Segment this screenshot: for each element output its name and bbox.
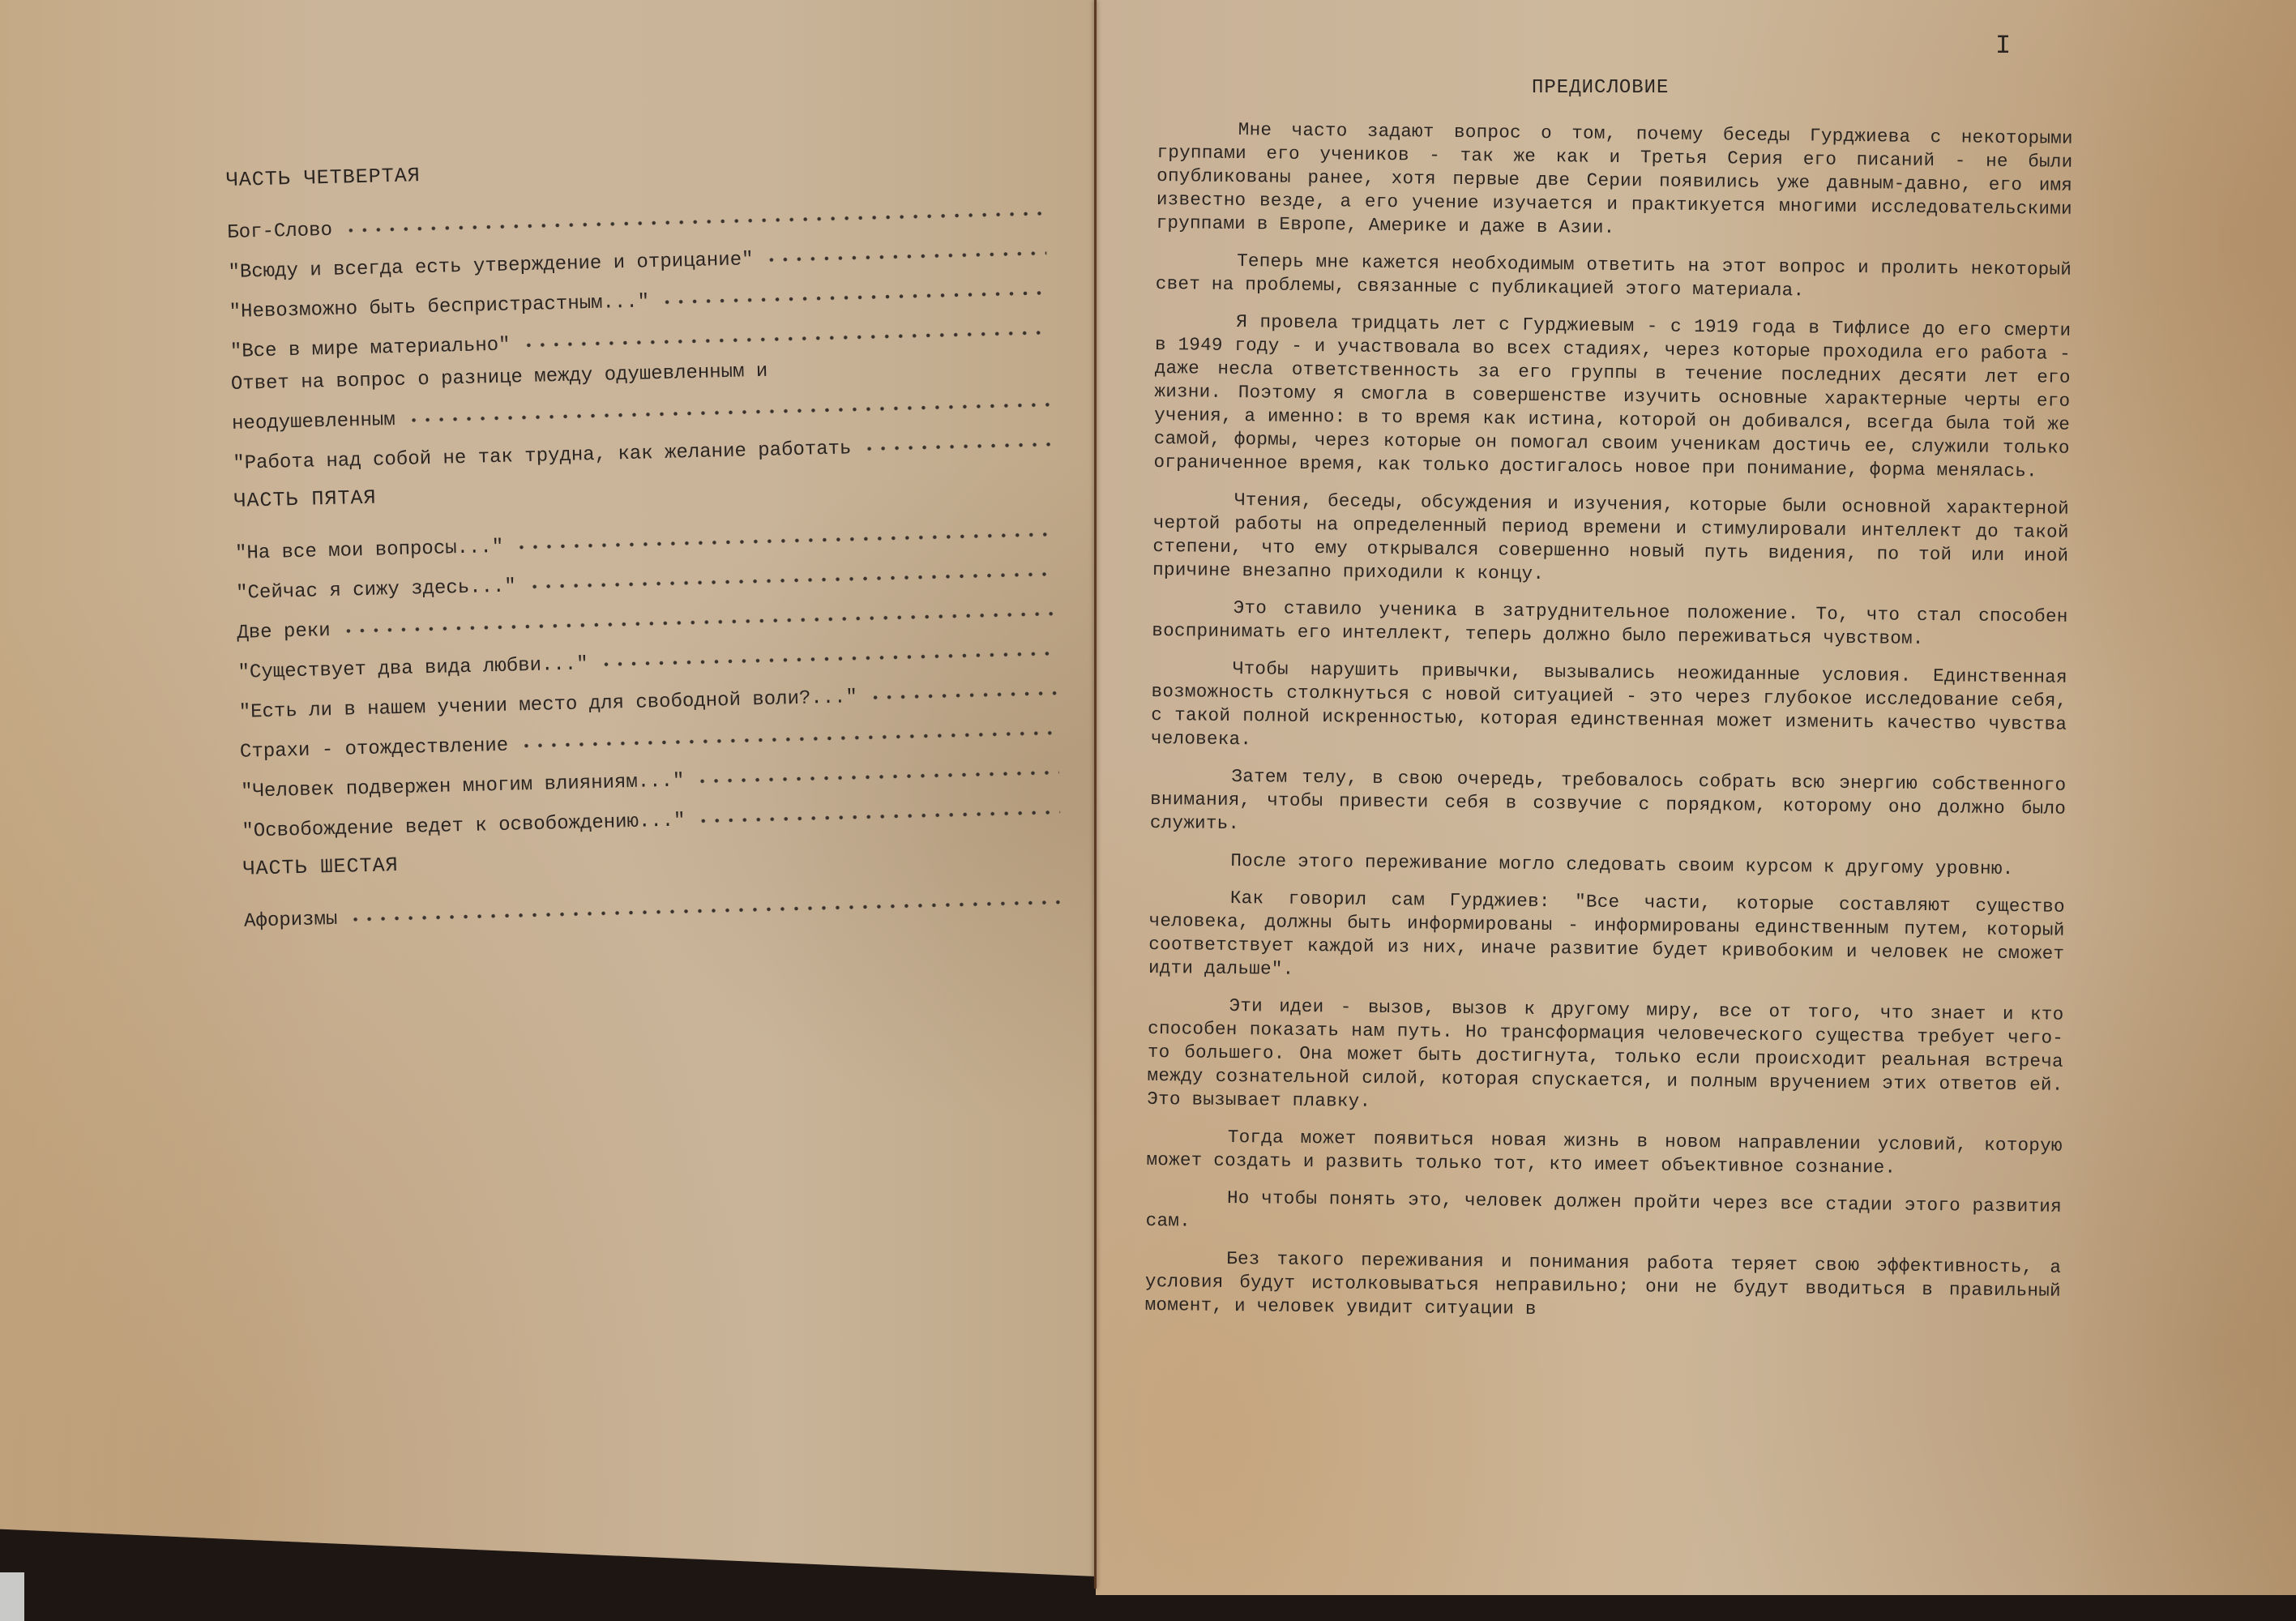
preface-paragraph: Затем телу, в свою очередь, требовалось … <box>1150 764 2067 845</box>
toc-section-heading: ЧАСТЬ ЧЕТВЕРТАЯ <box>225 148 1044 193</box>
open-book: ЧАСТЬ ЧЕТВЕРТАЯБог-Слово"Всюду и всегда … <box>0 0 2296 1621</box>
preface-paragraph: Теперь мне кажется необходимым ответить … <box>1156 249 2072 306</box>
toc-entry-title: Две реки <box>237 620 331 644</box>
toc-section: ЧАСТЬ ЧЕТВЕРТАЯБог-Слово"Всюду и всегда … <box>225 148 1051 475</box>
dot-leader <box>600 651 1057 667</box>
toc-entry-title: Бог-Слово <box>227 220 332 244</box>
preface-paragraph: Но чтобы понять это, человек должен прой… <box>1146 1186 2063 1242</box>
dot-leader <box>695 770 1059 784</box>
table-of-contents: ЧАСТЬ ЧЕТВЕРТАЯБог-Слово"Всюду и всегда … <box>225 134 1062 932</box>
dot-leader <box>764 250 1046 262</box>
left-page: ЧАСТЬ ЧЕТВЕРТАЯБог-Слово"Всюду и всегда … <box>0 0 1096 1576</box>
dot-leader <box>697 810 1061 823</box>
toc-entry: Афоризмы <box>243 873 1062 933</box>
dot-leader <box>348 900 1062 922</box>
preface-paragraph: Без такого переживания и понимания работ… <box>1145 1247 2062 1327</box>
page-number: I <box>1995 31 2011 61</box>
preface-body: Мне часто задают вопрос о том, почему бе… <box>1144 118 2073 1341</box>
preface-paragraph: Тогда может появиться новая жизнь в ново… <box>1146 1125 2063 1182</box>
preface-paragraph: Как говорил сам Гурджиев: "Все части, ко… <box>1148 886 2065 990</box>
toc-entry-title: Афоризмы <box>244 909 338 933</box>
preface-paragraph: Это ставило ученика в затруднительное по… <box>1152 596 2068 652</box>
preface-paragraph: Эти идеи - вызов, вызов к другому миру, … <box>1147 994 2063 1121</box>
preface-paragraph: Мне часто задают вопрос о том, почему бе… <box>1156 118 2072 245</box>
page-title: ПРЕДИСЛОВИЕ <box>1532 77 1669 99</box>
toc-entry-title: неодушевленным <box>232 409 395 435</box>
toc-entry-title: "Работа над собой не так трудна, как жел… <box>233 438 852 475</box>
preface-paragraph: После этого переживание могло следовать … <box>1149 849 2065 882</box>
preface-paragraph: Я провела тридцать лет с Гурджиевым - с … <box>1153 310 2071 484</box>
dot-leader <box>862 442 1051 451</box>
toc-section: ЧАСТЬ ПЯТАЯ"На все мои вопросы...""Сейча… <box>233 469 1060 843</box>
dot-leader <box>661 290 1048 305</box>
toc-section-heading: ЧАСТЬ ШЕСТАЯ <box>242 837 1061 882</box>
toc-section-heading: ЧАСТЬ ПЯТАЯ <box>233 469 1052 514</box>
book-spine <box>1094 0 1097 1589</box>
dot-leader <box>869 691 1058 700</box>
toc-entry-title: "Освобождение ведет к освобождению..." <box>242 810 686 842</box>
preface-paragraph: Чтения, беседы, обсуждения и изучения, к… <box>1152 488 2069 592</box>
toc-section: ЧАСТЬ ШЕСТАЯАфоризмы <box>242 837 1062 933</box>
preface-paragraph: Чтобы нарушить привычки, вызывались неож… <box>1151 657 2067 760</box>
